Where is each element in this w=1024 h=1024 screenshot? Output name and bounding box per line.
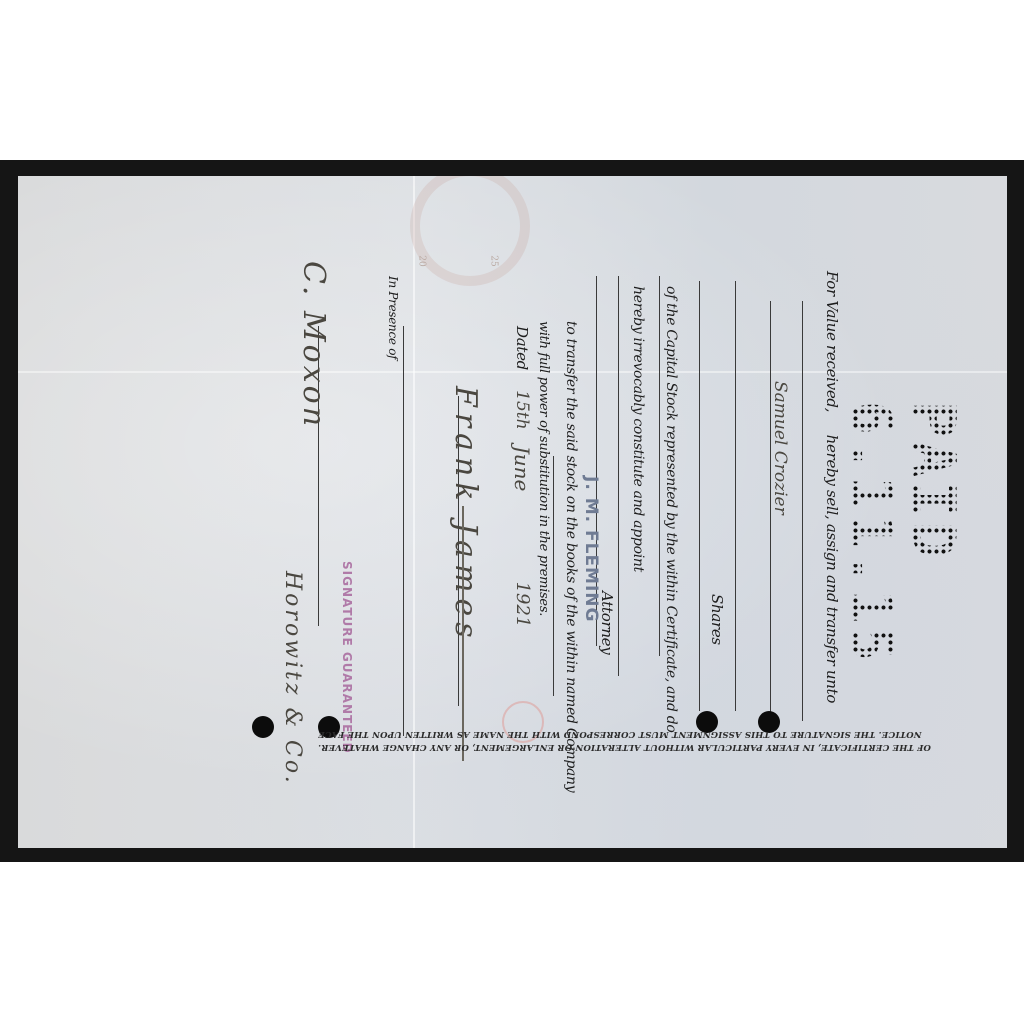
certificate-paper: 20 25 For Value received, hereby sell, a… <box>18 176 1007 848</box>
transfer-stock-text: to transfer the said stock on the books … <box>563 321 579 792</box>
dated-month: June <box>510 446 534 492</box>
in-presence-of-label: In Presence of <box>386 276 400 359</box>
embossed-seal <box>410 176 530 286</box>
ruled-line <box>553 456 554 696</box>
punch-hole <box>252 716 274 738</box>
date-perforation: 6.11.15 <box>838 401 903 665</box>
irrevocably-appoint-text: hereby irrevocably constitute and appoin… <box>630 286 646 572</box>
guarantor-signature: Horowitz & Co. <box>280 571 305 786</box>
dated-line: Dated 15th June 1921 <box>510 326 534 627</box>
ruled-line <box>699 281 700 711</box>
paid-perforation: PAID <box>898 401 968 562</box>
notice-line-2: OF THE CERTIFICATE, IN EVERY PARTICULAR … <box>318 742 931 752</box>
seal-number: 20 <box>417 255 427 266</box>
ruled-line <box>735 281 736 711</box>
notice-line-1: NOTICE. THE SIGNATURE TO THIS ASSIGNMENT… <box>318 729 922 739</box>
assignee-name-handwritten: Samuel Crozier <box>770 381 790 515</box>
ruled-line <box>802 301 803 721</box>
capital-stock-text: of the Capital Stock represented by the … <box>663 286 679 733</box>
dated-day: 15th <box>512 390 532 429</box>
seal-number: 25 <box>489 255 499 266</box>
signature-guaranteed-stamp: SIGNATURE GUARANTEED <box>340 561 354 754</box>
ruled-line <box>659 276 660 656</box>
ruled-line <box>403 326 404 736</box>
assignor-signature: Frank James <box>448 386 483 644</box>
witness-signature: C. Moxon <box>296 261 331 429</box>
substitution-text: with full power of substitution in the p… <box>536 321 551 616</box>
shares-label: Shares <box>708 594 726 645</box>
attorney-name-stamp: J. M. FLEMING <box>581 476 601 622</box>
signature-flourish <box>462 506 464 761</box>
ruled-line <box>618 276 619 676</box>
dated-year: 1921 <box>512 582 533 628</box>
